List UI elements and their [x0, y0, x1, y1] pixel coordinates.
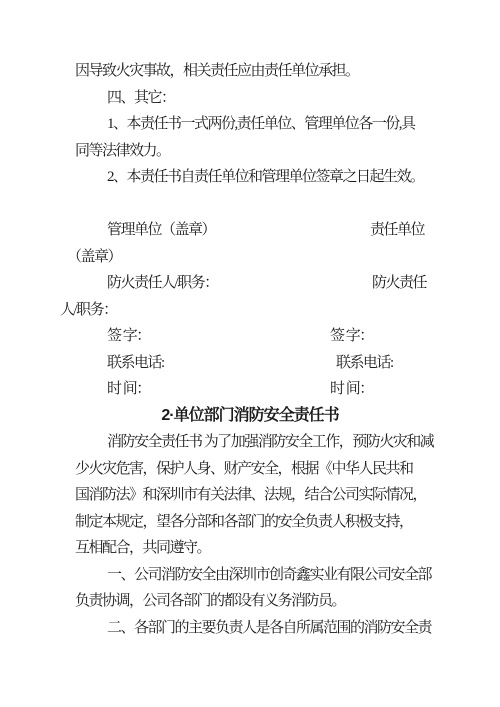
contact-phone-label-left: 联系电话:: [107, 355, 164, 371]
document-body: 因导致火灾事故，相关责任应由责任单位承担。 四、其它： 1、本责任书一式两份,责…: [75, 58, 425, 641]
management-unit-seal-label: 管理单位（盖章）: [107, 222, 215, 238]
paragraph-line: 互相配合，共同遵守。: [75, 535, 425, 562]
paragraph-line: 制定本规定，望各分部和各部门的安全负责人积极支持，: [75, 509, 425, 536]
paragraph-line: 国消防法》和深圳市有关法律、法规，结合公司实际情况，: [75, 482, 425, 509]
fire-safety-officer-label-right: 防火责任: [372, 270, 426, 297]
clause-line: 二、各部门的主要负责人是各自所属范围的消防安全责: [75, 615, 425, 642]
paragraph-line: 少火灾危害，保护人身、财产安全，根据《中华人民共和: [75, 456, 425, 483]
document-page: 因导致火灾事故，相关责任应由责任单位承担。 四、其它： 1、本责任书一式两份,责…: [0, 0, 500, 707]
fire-safety-officer-label: 防火责任人/职务：: [107, 275, 218, 291]
signature-label-left: 签 字：: [107, 328, 150, 344]
date-row: 时 间： 时 间：: [75, 376, 425, 403]
time-label-right: 时 间：: [330, 376, 373, 403]
signature-row: 签 字： 签 字：: [75, 323, 425, 350]
clause-line: 1、本责任书一式两份,责任单位、管理单位各一份,具: [75, 111, 425, 138]
paragraph-line: 因导致火灾事故，相关责任应由责任单位承担。: [75, 58, 425, 85]
phone-row: 联系电话: 联系电话:: [75, 350, 425, 377]
blank-line: [75, 191, 425, 218]
seal-row: 管理单位（盖章） 责任单位: [75, 217, 425, 244]
time-label-left: 时 间：: [107, 381, 150, 397]
clause-line-continuation: 同等法律效力。: [75, 138, 425, 165]
paragraph-line: 消防安全责任书 为了加强消防安全工作，预防火灾和减: [75, 429, 425, 456]
section-title: 2·单位部门消防安全责任书: [75, 403, 425, 430]
fire-officer-row: 防火责任人/职务： 防火责任: [75, 270, 425, 297]
clause-line: 2、本责任书自责任单位和管理单位签章之日起生效。: [75, 164, 425, 191]
clause-heading-other: 四、其它：: [75, 85, 425, 112]
clause-line-continuation: 负责协调，公司各部门的都设有义务消防员。: [75, 588, 425, 615]
clause-line: 一、公司消防安全由深圳市创奇鑫实业有限公司安全部: [75, 562, 425, 589]
fire-officer-continuation: 人/职务：: [60, 297, 425, 324]
signature-label-right: 签 字：: [330, 323, 373, 350]
responsible-unit-label: 责任单位: [370, 217, 424, 244]
seal-label-continuation: （盖章）: [67, 244, 425, 271]
contact-phone-label-right: 联系电话:: [336, 350, 393, 377]
